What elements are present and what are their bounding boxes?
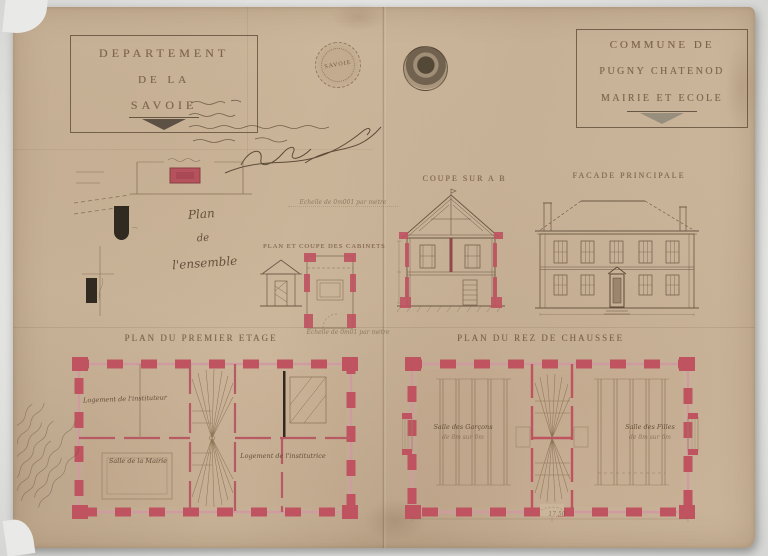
cartouche-underline: [627, 111, 697, 112]
ground-floor-title: PLAN DU REZ DE CHAUSSEE: [453, 333, 628, 343]
right-cartouche: COMMUNE DE PUGNY CHATENOD MAIRIE ET ECOL…: [576, 29, 748, 128]
cartouche-line: DEPARTEMENT: [71, 46, 257, 61]
section-title: COUPE SUR A B: [417, 174, 512, 183]
scanned-architectural-drawing: DEPARTEMENT DE LA SAVOIE COMMUNE DE PUGN…: [0, 0, 768, 556]
stamp-inner-ring: SAVOIE: [318, 45, 357, 84]
cartouche-triangle: [142, 119, 186, 130]
privy-plan-drawing: [301, 250, 359, 336]
room-dims-garcons: de 8m sur 6m: [418, 434, 508, 441]
dimension-label: 17,50: [540, 511, 574, 518]
cartouche-line: MAIRIE ET ECOLE: [577, 93, 747, 104]
fiscal-stamp: [401, 44, 450, 93]
existing-building-black: [114, 206, 129, 240]
room-label-garcons: Salle des Garçons: [418, 423, 508, 431]
room-label-institutrice: Logement de l'institutrice: [228, 452, 338, 460]
privy-elevation-drawing: [260, 256, 302, 310]
entry-door: [608, 267, 626, 307]
facade-title: FACADE PRINCIPALE: [569, 171, 689, 180]
first-floor-plan-drawing: [70, 353, 360, 523]
torn-corner-top-left: [2, 0, 48, 36]
paper-stain: [331, 3, 385, 31]
caption-line: de: [163, 230, 244, 247]
room-label-filles: Salle des Filles: [605, 423, 695, 431]
marginal-note: [17, 365, 87, 520]
torn-corner-bottom-left: [3, 517, 36, 556]
stamp-text: SAVOIE: [324, 60, 352, 71]
building-label-scribble: [168, 159, 200, 162]
room-label-mairie: Salle de la Mairie: [93, 457, 183, 465]
facade-drawing: [533, 190, 701, 318]
existing-building-black: [86, 278, 97, 303]
cartouche-line: PUGNY CHATENOD: [577, 66, 747, 77]
section-drawing: [395, 185, 507, 319]
cartouche-line: DE LA: [71, 74, 257, 86]
round-stamp-savoie: SAVOIE: [311, 38, 364, 91]
cartouche-line: COMMUNE DE: [577, 39, 747, 51]
site-plan-caption: Plan de l'ensemble: [161, 204, 245, 272]
center-fold-line: [382, 7, 386, 548]
paper-sheet: DEPARTEMENT DE LA SAVOIE COMMUNE DE PUGN…: [13, 7, 755, 548]
scale-note-ensemble: Echelle de 0m001 par mètre: [288, 199, 398, 207]
first-floor-title: PLAN DU PREMIER ETAGE: [116, 333, 286, 343]
cabinets-title: PLAN ET COUPE DES CABINETS: [263, 243, 385, 250]
cartouche-triangle: [640, 113, 684, 124]
room-dims-filles: de 8m sur 6m: [605, 434, 695, 441]
